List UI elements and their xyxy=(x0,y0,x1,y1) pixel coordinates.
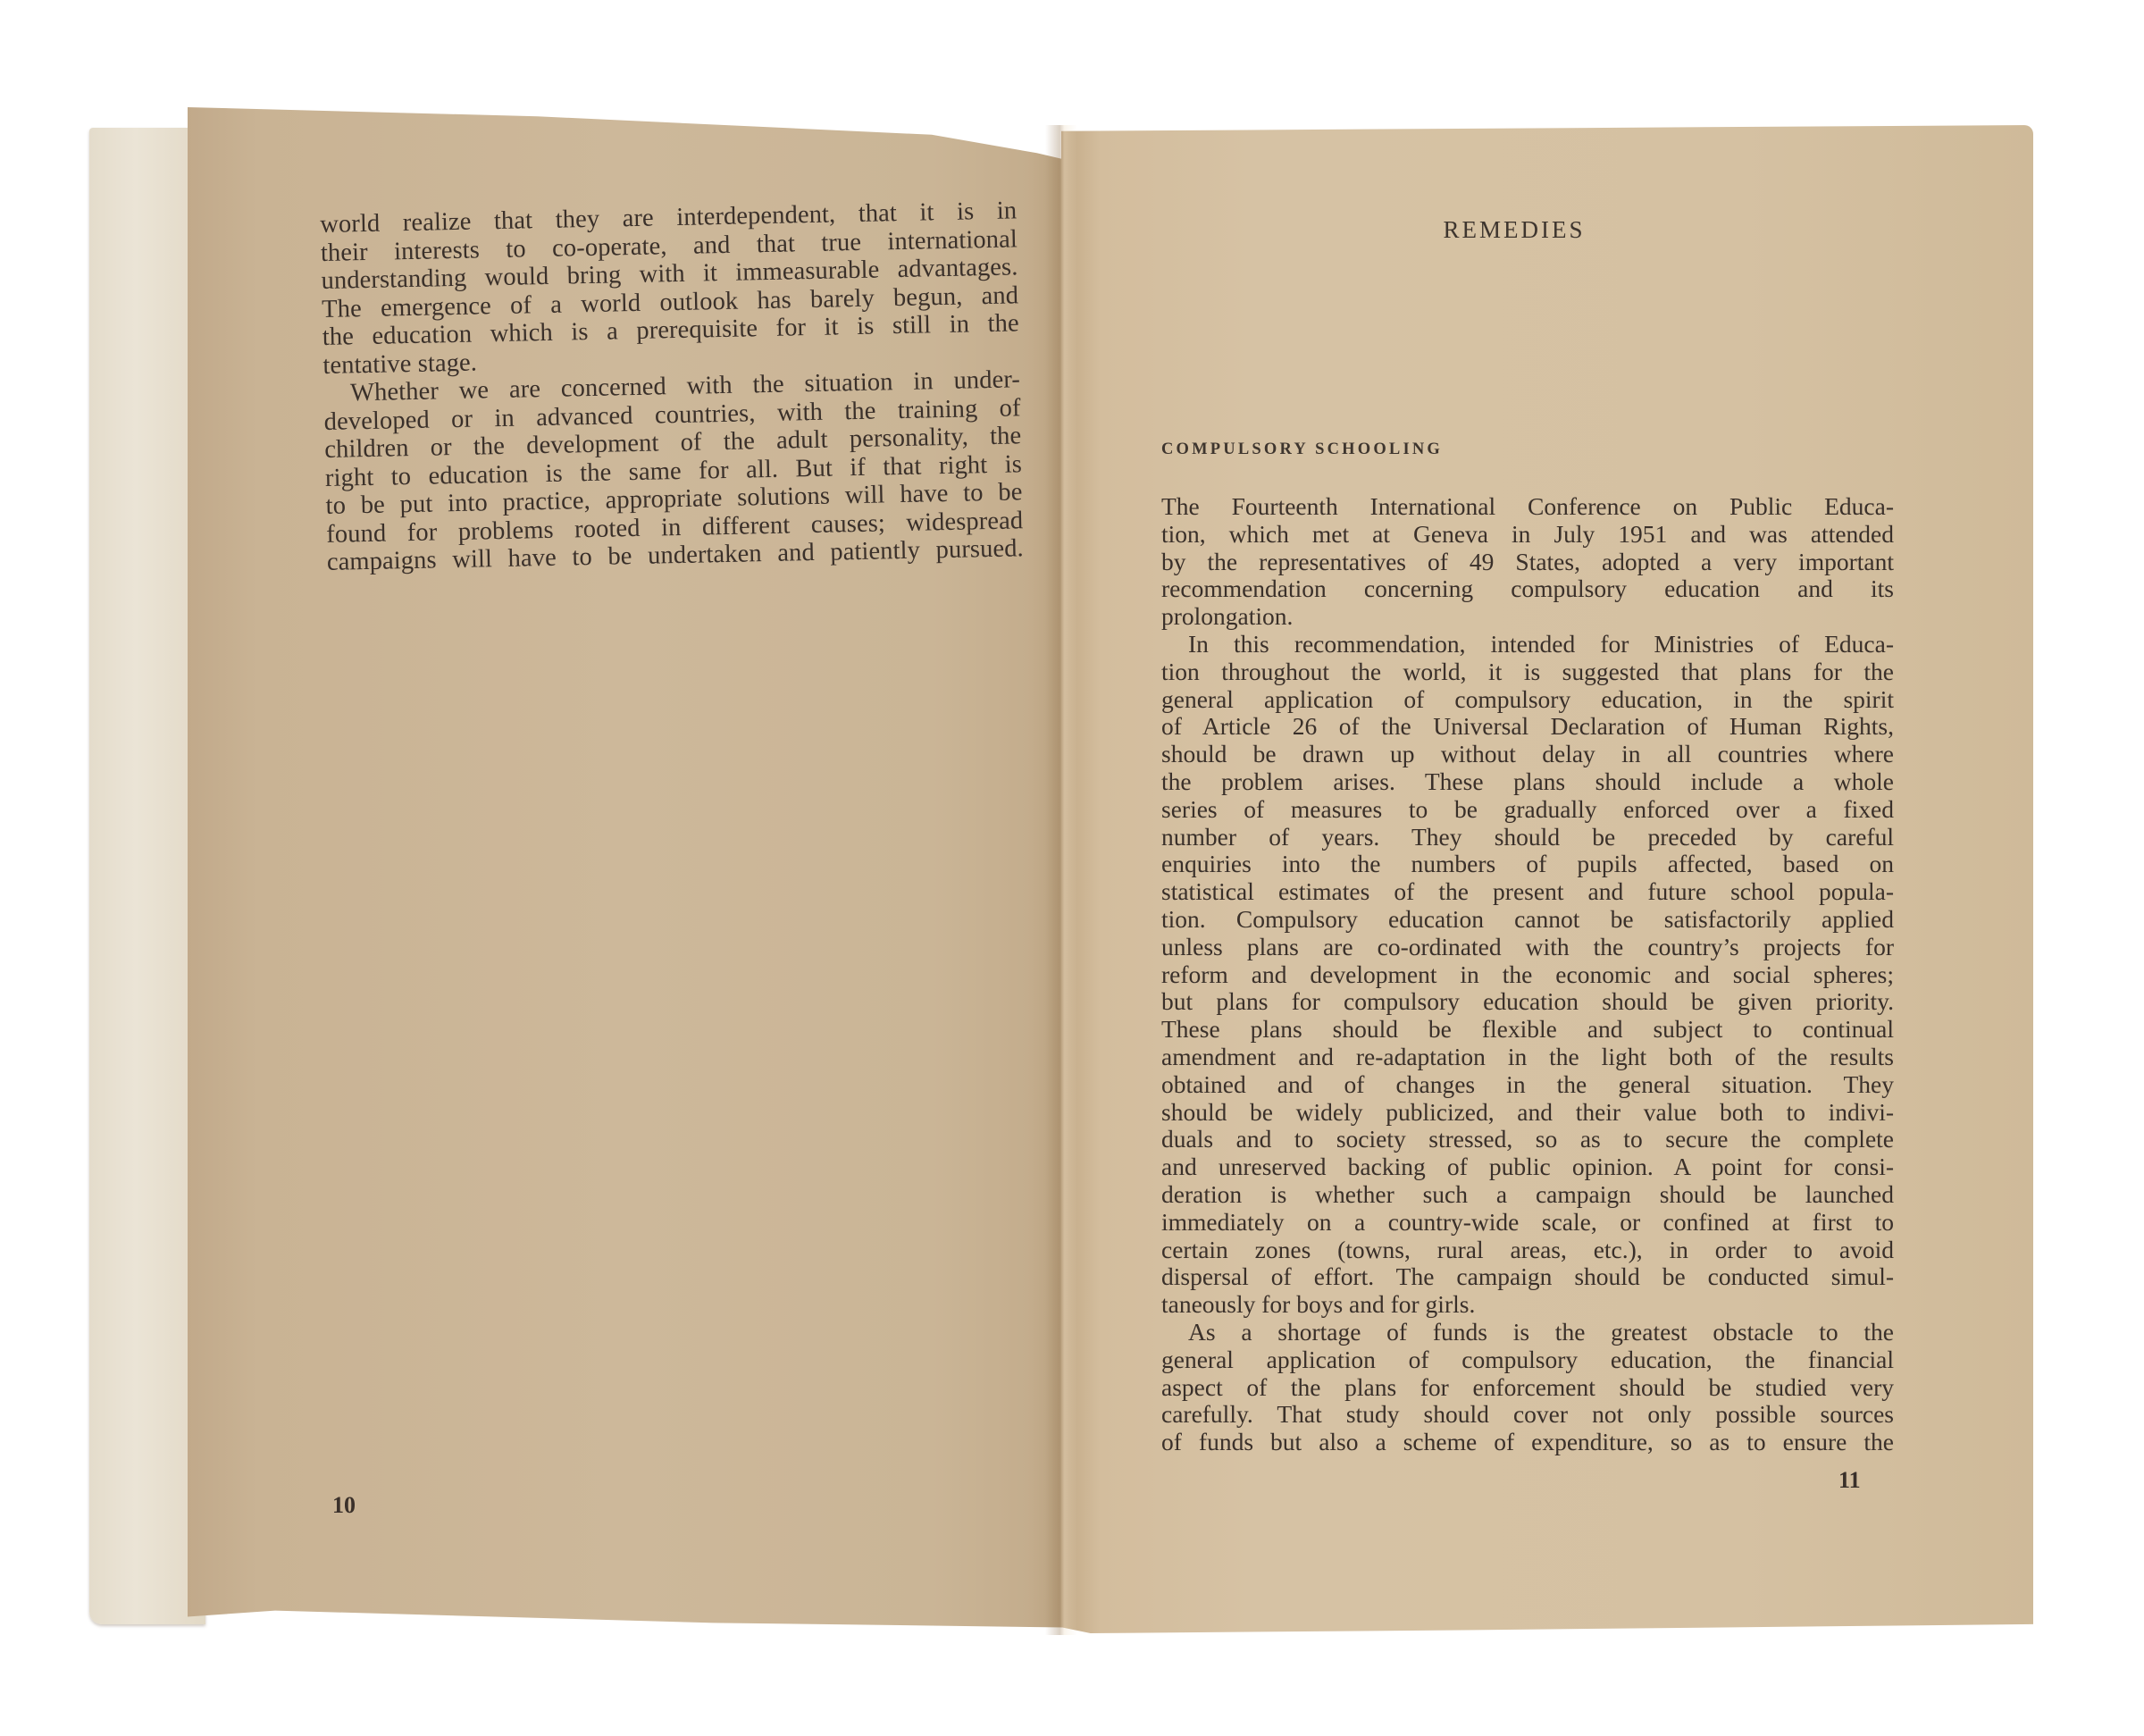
text-line: unless plans are co-ordinated with the c… xyxy=(1161,934,1894,961)
text-line: by the representatives of 49 States, ado… xyxy=(1161,549,1894,576)
text-line: reform and development in the economic a… xyxy=(1161,961,1894,989)
text-line: statistical estimates of the present and… xyxy=(1161,878,1894,906)
page-number-left: 10 xyxy=(332,1492,356,1519)
text-line: As a shortage of funds is the greatest o… xyxy=(1161,1319,1894,1346)
running-head: REMEDIES xyxy=(1394,216,1635,244)
text-line: obtained and of changes in the general s… xyxy=(1161,1071,1894,1099)
text-line: should be drawn up without delay in all … xyxy=(1161,741,1894,768)
text-line: tion, which met at Geneva in July 1951 a… xyxy=(1161,521,1894,549)
text-line: carefully. That study should cover not o… xyxy=(1161,1401,1894,1429)
text-line: The Fourteenth International Conference … xyxy=(1161,493,1894,521)
text-line: immediately on a country-wide scale, or … xyxy=(1161,1209,1894,1237)
book-spine-gutter xyxy=(1045,125,1077,1635)
text-line: enquiries into the numbers of pupils aff… xyxy=(1161,851,1894,878)
text-line: duals and to society stressed, so as to … xyxy=(1161,1126,1894,1153)
text-line: amendment and re-adaptation in the light… xyxy=(1161,1044,1894,1071)
text-line: but plans for compulsory education shoul… xyxy=(1161,988,1894,1016)
section-heading: COMPULSORY SCHOOLING xyxy=(1161,440,1443,459)
text-line: of funds but also a scheme of expenditur… xyxy=(1161,1429,1894,1456)
text-line: general application of compulsory educat… xyxy=(1161,686,1894,714)
text-line: the problem arises. These plans should i… xyxy=(1161,768,1894,796)
text-line: recommendation concerning compulsory edu… xyxy=(1161,575,1894,603)
text-line: taneously for boys and for girls. xyxy=(1161,1291,1894,1319)
text-line: should be widely publicized, and their v… xyxy=(1161,1099,1894,1127)
text-line: deration is whether such a campaign shou… xyxy=(1161,1181,1894,1209)
text-line: and unreserved backing of public opinion… xyxy=(1161,1153,1894,1181)
text-line: general application of compulsory educat… xyxy=(1161,1346,1894,1374)
text-line: dispersal of effort. The campaign should… xyxy=(1161,1263,1894,1291)
text-line: series of measures to be gradually enfor… xyxy=(1161,796,1894,824)
text-line: These plans should be flexible and subje… xyxy=(1161,1016,1894,1044)
text-line: number of years. They should be preceded… xyxy=(1161,824,1894,851)
right-page-body-text: The Fourteenth International Conference … xyxy=(1161,493,1894,1456)
text-line: In this recommendation, intended for Min… xyxy=(1161,631,1894,658)
text-line: tion throughout the world, it is suggest… xyxy=(1161,658,1894,686)
text-line: prolongation. xyxy=(1161,603,1894,631)
page-number-right: 11 xyxy=(1838,1467,1861,1494)
text-line: tion. Compulsory education cannot be sat… xyxy=(1161,906,1894,934)
left-page-body-text: world realize that they are interdepende… xyxy=(320,197,1024,576)
text-line: of Article 26 of the Universal Declarati… xyxy=(1161,713,1894,741)
text-line: certain zones (towns, rural areas, etc.)… xyxy=(1161,1237,1894,1264)
text-line: aspect of the plans for enforcement shou… xyxy=(1161,1374,1894,1402)
